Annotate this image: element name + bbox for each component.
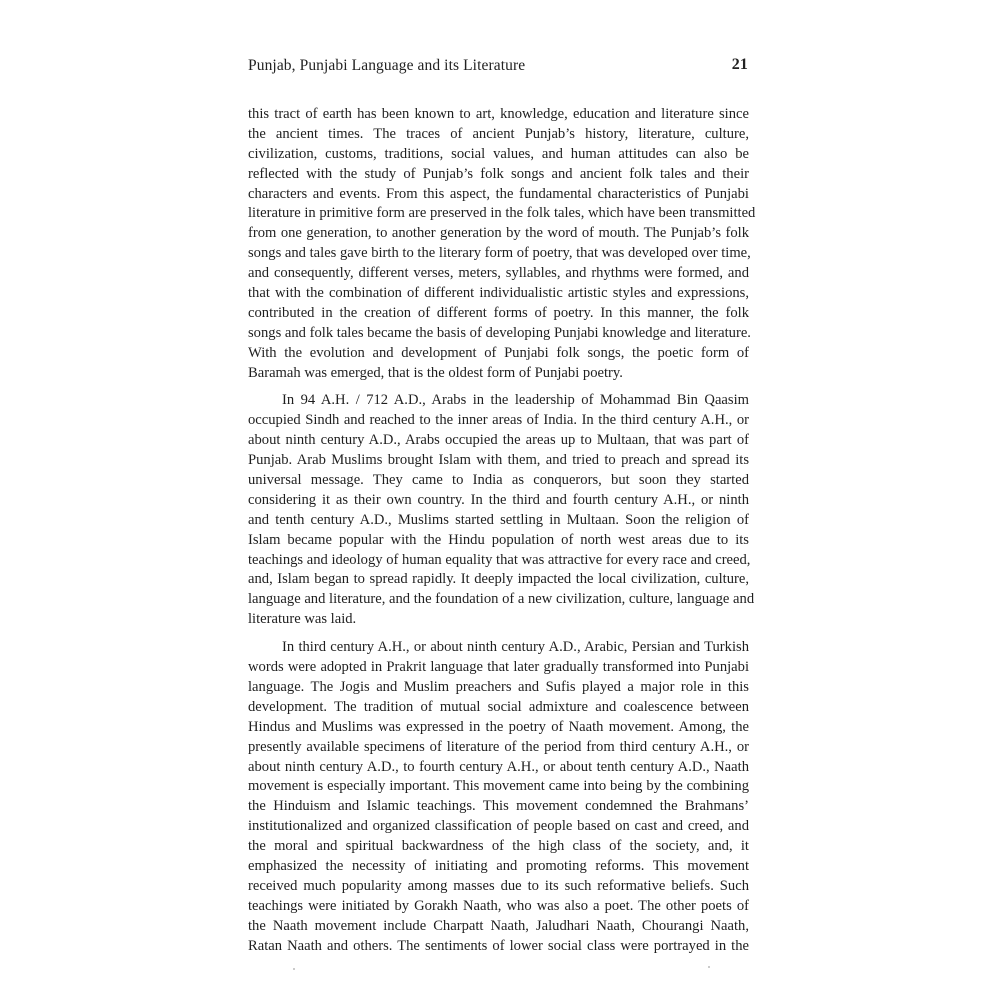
body-text: this tract of earth has been known to ar… xyxy=(248,105,749,956)
text-line: literature was laid. xyxy=(248,610,749,630)
text-line: this tract of earth has been known to ar… xyxy=(248,105,749,125)
text-line: institutionalized and organized classifi… xyxy=(248,817,749,837)
text-line: language. The Jogis and Muslim preachers… xyxy=(248,678,749,698)
text-line: In 94 A.H. / 712 A.D., Arabs in the lead… xyxy=(248,391,749,411)
paragraph-2: In 94 A.H. / 712 A.D., Arabs in the lead… xyxy=(248,391,749,630)
text-line: the Naath movement include Charpatt Naat… xyxy=(248,917,749,937)
text-line: characters and events. From this aspect,… xyxy=(248,185,749,205)
paragraph-3: In third century A.H., or about ninth ce… xyxy=(248,638,749,956)
text-line: In third century A.H., or about ninth ce… xyxy=(248,638,749,658)
text-line: universal message. They came to India as… xyxy=(248,471,749,491)
text-line: words were adopted in Prakrit language t… xyxy=(248,658,749,678)
text-line: considering it as their own country. In … xyxy=(248,491,749,511)
text-line: and tenth century A.D., Muslims started … xyxy=(248,511,749,531)
text-line: about ninth century A.D., to fourth cent… xyxy=(248,758,749,778)
running-title: Punjab, Punjabi Language and its Literat… xyxy=(248,57,525,75)
text-line: emphasized the necessity of initiating a… xyxy=(248,857,749,877)
paragraph-1: this tract of earth has been known to ar… xyxy=(248,105,749,383)
text-line: received much popularity among masses du… xyxy=(248,877,749,897)
text-line: Hindus and Muslims was expressed in the … xyxy=(248,718,749,738)
text-line: about ninth century A.D., Arabs occupied… xyxy=(248,431,749,451)
text-line: civilization, customs, traditions, socia… xyxy=(248,145,749,165)
text-line: songs and folk tales became the basis of… xyxy=(248,324,749,344)
text-line: With the evolution and development of Pu… xyxy=(248,344,749,364)
book-page: Punjab, Punjabi Language and its Literat… xyxy=(0,0,1000,1000)
text-line: Islam became popular with the Hindu popu… xyxy=(248,531,749,551)
text-line: movement is especially important. This m… xyxy=(248,777,749,797)
text-line: presently available specimens of literat… xyxy=(248,738,749,758)
text-line: the Hinduism and Islamic teachings. This… xyxy=(248,797,749,817)
text-line: language and literature, and the foundat… xyxy=(248,590,749,610)
text-line: literature in primitive form are preserv… xyxy=(248,204,749,224)
text-line: songs and tales gave birth to the litera… xyxy=(248,244,749,264)
text-line: from one generation, to another generati… xyxy=(248,224,749,244)
text-line: teachings were initiated by Gorakh Naath… xyxy=(248,897,749,917)
text-line: teachings and ideology of human equality… xyxy=(248,551,749,571)
text-line: Punjab. Arab Muslims brought Islam with … xyxy=(248,451,749,471)
text-line: and, Islam began to spread rapidly. It d… xyxy=(248,570,749,590)
scan-speck xyxy=(293,968,295,970)
text-line: and consequently, different verses, mete… xyxy=(248,264,749,284)
page-number: 21 xyxy=(732,56,748,74)
scan-speck xyxy=(708,966,710,968)
text-line: occupied Sindh and reached to the inner … xyxy=(248,411,749,431)
text-line: development. The tradition of mutual soc… xyxy=(248,698,749,718)
running-header: Punjab, Punjabi Language and its Literat… xyxy=(248,57,748,79)
text-line: contributed in the creation of different… xyxy=(248,304,749,324)
text-line: the ancient times. The traces of ancient… xyxy=(248,125,749,145)
text-line: Baramah was emerged, that is the oldest … xyxy=(248,364,749,384)
text-line: Ratan Naath and others. The sentiments o… xyxy=(248,937,749,957)
text-line: reflected with the study of Punjab’s fol… xyxy=(248,165,749,185)
text-line: the moral and spiritual backwardness of … xyxy=(248,837,749,857)
text-line: that with the combination of different i… xyxy=(248,284,749,304)
